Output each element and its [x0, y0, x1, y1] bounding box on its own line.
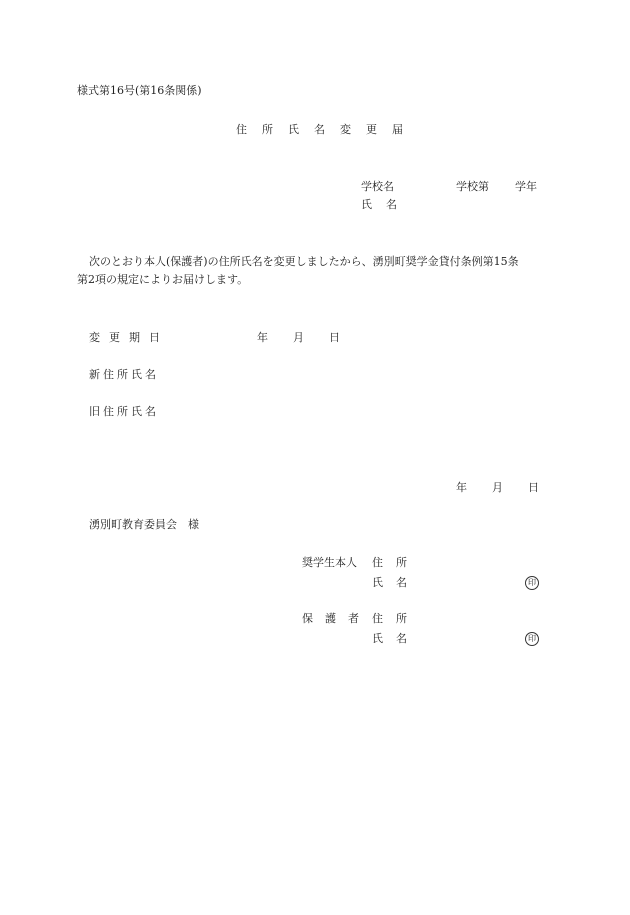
change-date-month[interactable]: 月 — [293, 331, 304, 345]
label-char: 者 — [348, 612, 359, 626]
label-char: 名 — [145, 405, 156, 419]
student-role: 奨学生本人 — [302, 556, 357, 570]
label-char: 変 — [89, 331, 100, 345]
label-char: 住 — [103, 405, 114, 419]
school-grade-label: 学校第 — [456, 180, 489, 194]
label-char: 更 — [109, 331, 120, 345]
change-date-year[interactable]: 年 — [257, 331, 268, 345]
label-char: 名 — [396, 632, 407, 646]
label-char: 所 — [117, 368, 128, 382]
label-char: 氏 — [131, 368, 142, 382]
body-line-1: 次のとおり本人(保護者)の住所氏名を変更しましたから、湧別町奨学金貸付条例第15… — [89, 255, 519, 269]
label-char: 保 — [302, 612, 313, 626]
grade-suffix: 学年 — [515, 180, 537, 194]
label-char: 所 — [396, 612, 407, 626]
title-char: 変 — [340, 123, 351, 137]
student-seal-icon: 印 — [525, 576, 539, 590]
title-char: 氏 — [288, 123, 299, 137]
label-char: 新 — [89, 368, 100, 382]
name-label-b: 名 — [386, 198, 397, 212]
label-char: 護 — [325, 612, 336, 626]
body-line-2: 第2項の規定によりお届けします。 — [77, 273, 248, 287]
label-char: 住 — [103, 368, 114, 382]
label-char: 氏 — [372, 632, 383, 646]
label-char: 所 — [396, 556, 407, 570]
label-char: 名 — [396, 576, 407, 590]
form-number: 様式第16号(第16条関係) — [77, 84, 202, 98]
addressee: 湧別町教育委員会 様 — [89, 518, 199, 532]
title-char: 届 — [392, 123, 403, 137]
submission-day[interactable]: 日 — [528, 481, 539, 495]
label-char: 住 — [372, 612, 383, 626]
label-char: 名 — [145, 368, 156, 382]
label-char: 日 — [149, 331, 160, 345]
submission-year[interactable]: 年 — [456, 481, 467, 495]
school-name-label: 学校名 — [361, 180, 394, 194]
label-char: 氏 — [131, 405, 142, 419]
submission-month[interactable]: 月 — [492, 481, 503, 495]
name-label-a: 氏 — [361, 198, 372, 212]
title-char: 更 — [366, 123, 377, 137]
label-char: 所 — [117, 405, 128, 419]
title-char: 名 — [314, 123, 325, 137]
label-char: 氏 — [372, 576, 383, 590]
title-char: 住 — [236, 123, 247, 137]
title-char: 所 — [262, 123, 273, 137]
label-char: 住 — [372, 556, 383, 570]
label-char: 旧 — [89, 405, 100, 419]
guardian-seal-icon: 印 — [525, 632, 539, 646]
change-date-day[interactable]: 日 — [329, 331, 340, 345]
label-char: 期 — [129, 331, 140, 345]
